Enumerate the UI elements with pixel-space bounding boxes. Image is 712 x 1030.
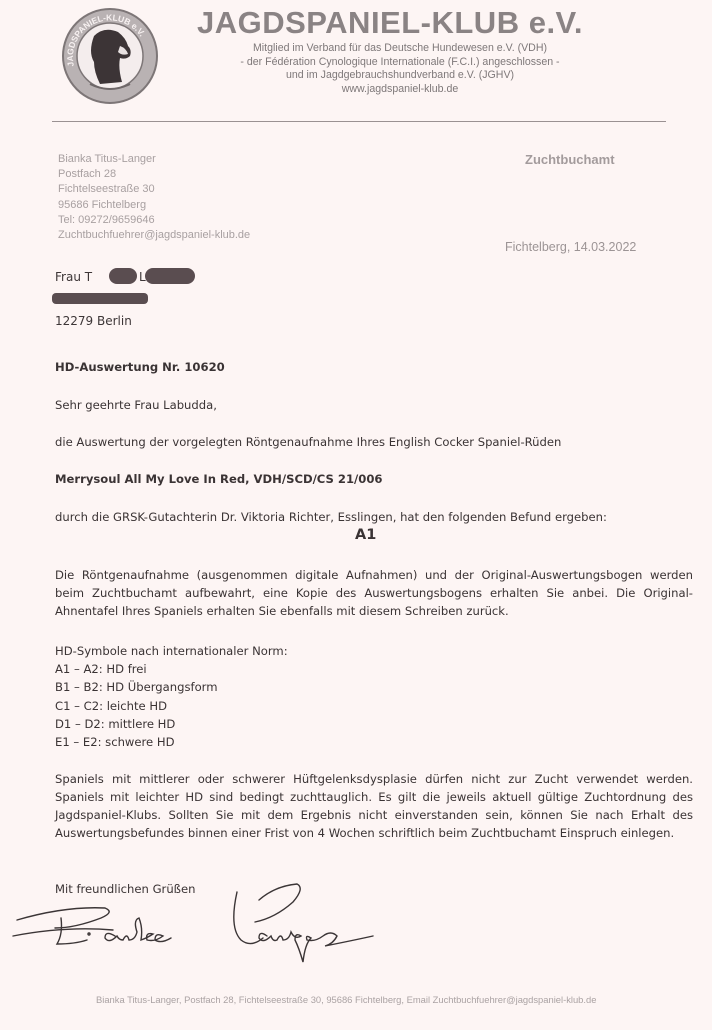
club-membership-info: Mitglied im Verband für das Deutsche Hun…: [200, 42, 600, 96]
paragraph-archive-info: Die Röntgenaufnahme (ausgenommen digital…: [55, 566, 693, 620]
dog-name-registration: Merrysoul All My Love In Red, VDH/SCD/CS…: [55, 472, 382, 486]
place-date: Fichtelberg, 14.03.2022: [505, 240, 636, 254]
club-title: JAGDSPANIEL-KLUB e.V.: [180, 5, 600, 41]
sender-email: Zuchtbuchfuehrer@jagdspaniel-klub.de: [58, 228, 250, 243]
letter-greeting: Sehr geehrte Frau Labudda,: [55, 398, 217, 412]
evaluator-line: durch die GRSK-Gutachterin Dr. Viktoria …: [55, 510, 607, 524]
handwritten-signature: [5, 878, 385, 968]
redaction-mark: [52, 293, 148, 304]
club-emblem-icon: JAGDSPANIEL-KLUB e.V.: [60, 6, 160, 106]
membership-line: - der Fédération Cynologique Internation…: [200, 56, 600, 70]
sender-phone: Tel: 09272/9659646: [58, 213, 250, 228]
hd-symbol-item: D1 – D2: mittlere HD: [55, 715, 288, 733]
sender-address: Bianka Titus-Langer Postfach 28 Fichtels…: [58, 152, 250, 243]
office-name: Zuchtbuchamt: [525, 152, 615, 167]
recipient-city: 12279 Berlin: [55, 310, 132, 332]
sender-city: 95686 Fichtelberg: [58, 198, 250, 213]
hd-symbols-heading: HD-Symbole nach internationaler Norm:: [55, 642, 288, 660]
signature-icon: [5, 878, 385, 968]
hd-symbol-item: E1 – E2: schwere HD: [55, 733, 288, 751]
sender-street: Fichtelseestraße 30: [58, 182, 250, 197]
redaction-mark: [109, 268, 137, 284]
footer-contact: Bianka Titus-Langer, Postfach 28, Fichte…: [96, 994, 596, 1005]
sender-name: Bianka Titus-Langer: [58, 152, 250, 167]
paragraph-breeding-rules: Spaniels mit mittlerer oder schwerer Hüf…: [55, 770, 693, 842]
hd-symbol-item: A1 – A2: HD frei: [55, 660, 288, 678]
membership-line: Mitglied im Verband für das Deutsche Hun…: [200, 42, 600, 56]
hd-result: A1: [355, 527, 376, 543]
recipient-salutation: Frau T: [55, 270, 92, 284]
letter-subject: HD-Auswertung Nr. 10620: [55, 360, 225, 374]
club-logo: JAGDSPANIEL-KLUB e.V.: [60, 6, 160, 106]
hd-symbol-item: C1 – C2: leichte HD: [55, 697, 288, 715]
recipient-address: Frau T L 12279 Berlin: [55, 266, 132, 332]
hd-symbols-list: HD-Symbole nach internationaler Norm: A1…: [55, 642, 288, 751]
membership-line: und im Jagdgebrauchshundverband e.V. (JG…: [200, 69, 600, 83]
redaction-mark: [145, 268, 195, 284]
letterhead-divider: [52, 121, 666, 122]
hd-symbol-item: B1 – B2: HD Übergangsform: [55, 678, 288, 696]
sender-po-box: Postfach 28: [58, 167, 250, 182]
letter-intro: die Auswertung der vorgelegten Röntgenau…: [55, 435, 561, 449]
club-website: www.jagdspaniel-klub.de: [200, 83, 600, 97]
